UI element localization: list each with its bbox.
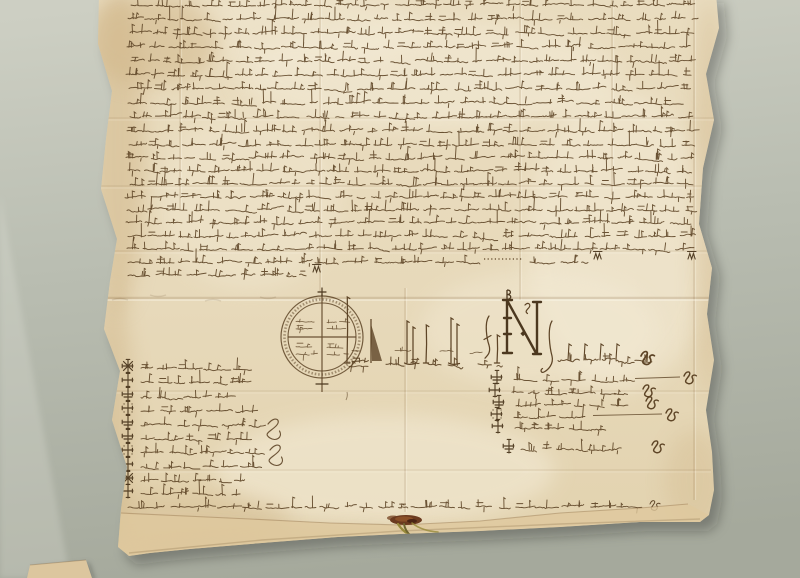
scene-svg <box>0 0 800 578</box>
manuscript-photo <box>0 0 800 578</box>
